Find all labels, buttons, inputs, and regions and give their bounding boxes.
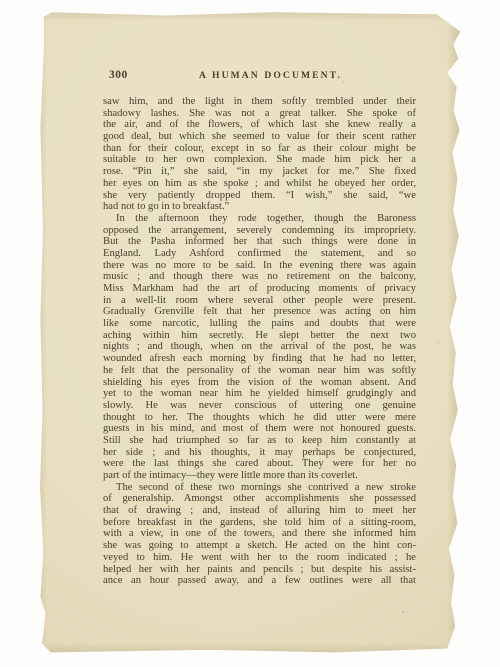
text-line: than for their colour, except in so far … <box>103 143 416 155</box>
text-line: But the Pasha informed her that such thi… <box>103 236 416 248</box>
text-line: music ; and though there was no retireme… <box>103 271 416 283</box>
text-line: suitable to her own complexion. She made… <box>103 154 416 166</box>
text-line: the air, and of the flowers, of which la… <box>103 119 416 131</box>
text-line: good deal, but which she seemed to value… <box>103 131 416 143</box>
text-line: guests in his mind, and most of them wer… <box>103 423 416 435</box>
text-line: thought to her. The thoughts which he di… <box>103 412 416 424</box>
paragraph: In the afternoon they rode together, tho… <box>103 213 416 482</box>
text-line: veyed to him. He went with her to the ro… <box>103 552 416 564</box>
text-line: before breakfast in the gardens, she tol… <box>103 517 416 529</box>
text-line: saw him, and the light in them softly tr… <box>103 96 416 108</box>
text-line: opposed the arrangement, severely condem… <box>103 225 416 237</box>
text-line: of generalship. Amongst other accomplish… <box>103 493 416 505</box>
text-line: were the last things she cared about. Th… <box>103 458 416 470</box>
text-line: had not to go in to breakfast.” <box>103 201 416 213</box>
scan-background: 300 A HUMAN DOCUMENT. saw him, and the l… <box>0 0 500 667</box>
text-line: that of drawing ; and, instead of alluri… <box>103 505 416 517</box>
text-line: he felt that the personality of the woma… <box>103 365 416 377</box>
text-line: yet to the woman near him he yielded him… <box>103 388 416 400</box>
paragraph: saw him, and the light in them softly tr… <box>103 96 416 213</box>
paragraph: The second of these two mornings she con… <box>103 482 416 587</box>
text-line: there was no more to be said. In the eve… <box>103 260 416 272</box>
text-line: wounded afresh each morning by finding t… <box>103 353 416 365</box>
text-line: shielding his eyes from the vision of th… <box>103 377 416 389</box>
text-line: Miss Markham had the art of producing mo… <box>103 283 416 295</box>
text-line: ance an hour passed away, and a few outl… <box>103 575 416 587</box>
text-line: Still she had triumphed so far as to kee… <box>103 435 416 447</box>
text-line: slowly. He was never conscious of utteri… <box>103 400 416 412</box>
text-line: like some narcotic, lulling the pains an… <box>103 318 416 330</box>
text-line: England. Lady Ashford confirmed the stat… <box>103 248 416 260</box>
text-line: she very patiently dropped them. “I wish… <box>103 190 416 202</box>
text-line: nights ; and though, when on the arrival… <box>103 341 416 353</box>
text-line: aching within him secretly. He slept bet… <box>103 330 416 342</box>
text-line: with a view, in one of the towers, and t… <box>103 528 416 540</box>
text-line: rose. “Pin it,” she said, “in my jacket … <box>103 166 416 178</box>
text-line: The second of these two mornings she con… <box>103 482 416 494</box>
text-line: in a well-lit room where several other p… <box>103 295 416 307</box>
text-line: her side ; and his thoughts, it may perh… <box>103 447 416 459</box>
text-line: part of the intimacy—they were little mo… <box>103 470 416 482</box>
running-title: A HUMAN DOCUMENT. <box>103 70 438 81</box>
book-page: 300 A HUMAN DOCUMENT. saw him, and the l… <box>37 11 463 655</box>
text-line: she was going to attempt a sketch. He ac… <box>103 540 416 552</box>
text-line: shadowy lashes. She was not a great talk… <box>103 108 416 120</box>
page-body-text: saw him, and the light in them softly tr… <box>103 96 416 587</box>
text-line: helped her with her paints and pencils ;… <box>103 564 416 576</box>
text-line: In the afternoon they rode together, tho… <box>103 213 416 225</box>
text-line: her eyes on him as she spoke ; and whils… <box>103 178 416 190</box>
text-line: Gradually Grenville felt that her presen… <box>103 306 416 318</box>
page-header: 300 A HUMAN DOCUMENT. <box>103 69 416 83</box>
